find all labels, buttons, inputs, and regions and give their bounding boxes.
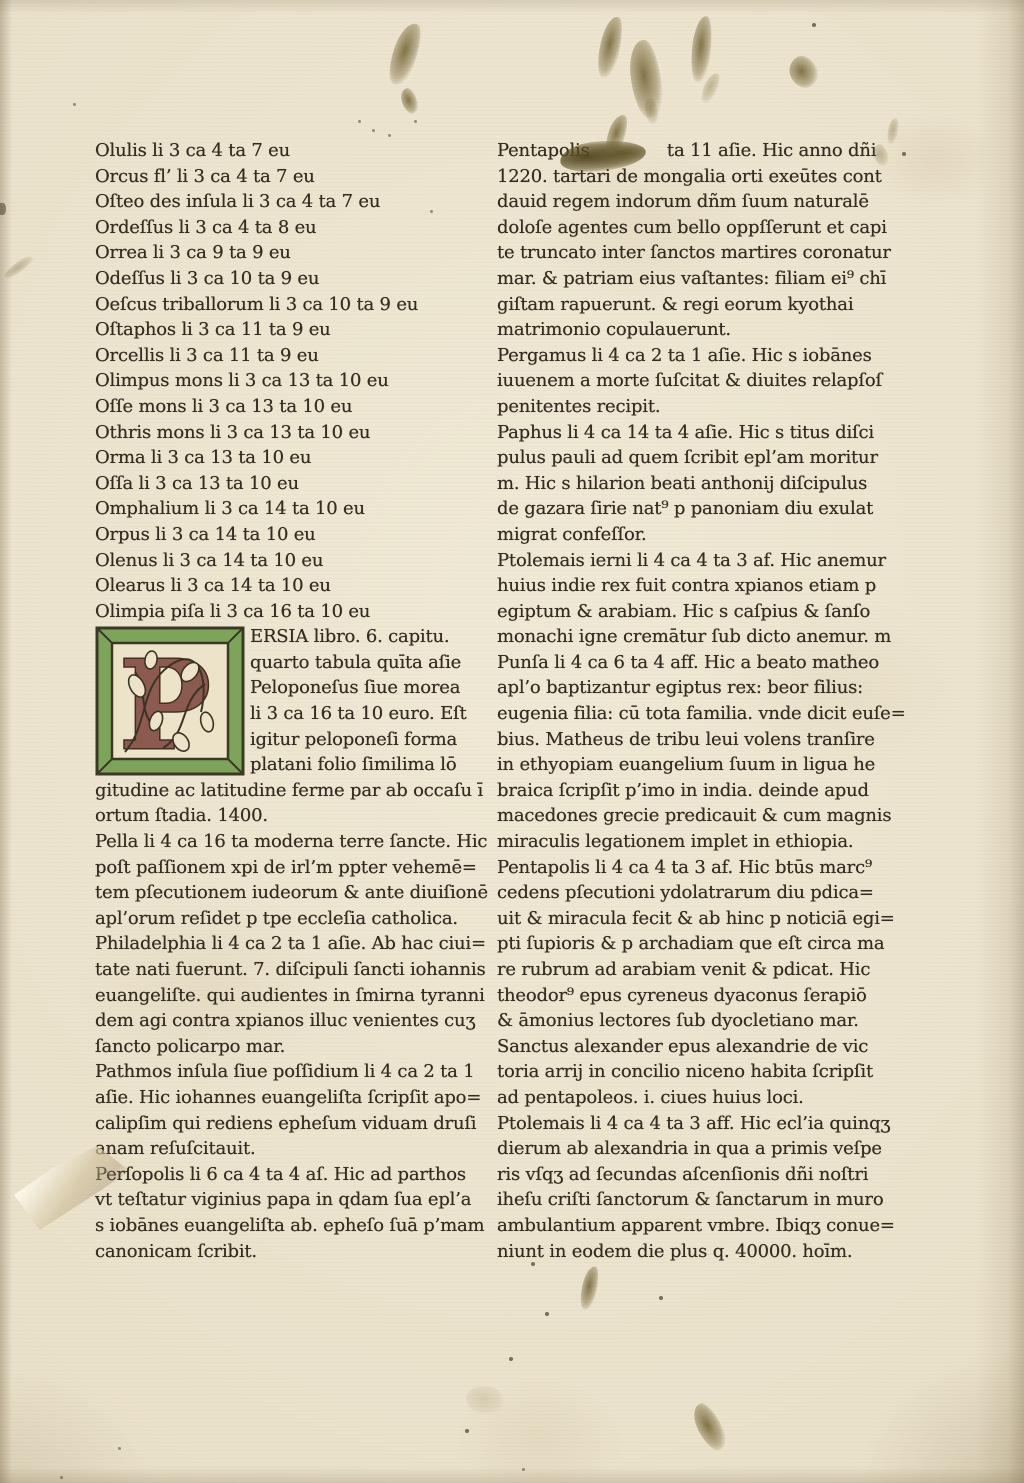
text-line: dierum ab alexandria in qua a primis veſ… <box>497 1136 925 1162</box>
text-line: 1220. tartari de mongalia orti exeūtes c… <box>497 164 925 190</box>
text-line: miraculis legationem implet in ethiopia. <box>497 829 925 855</box>
initial-letter: P <box>119 633 211 776</box>
text-line: monachi igne cremātur ſub dicto anemur. … <box>497 624 925 650</box>
text-line: Pathmos inſula ſiue poſſidium li 4 ca 2 … <box>95 1059 487 1085</box>
text-line: braica ſcripſit p’imo in india. deinde a… <box>497 778 925 804</box>
text-line: Orcellis li 3 ca 11 ta 9 eu <box>95 343 487 369</box>
text-line: Oſſa li 3 ca 13 ta 10 eu <box>95 471 487 497</box>
ink-speck <box>73 103 76 106</box>
text-line: Paphus li 4 ca 14 ta 4 aſie. Hic s titus… <box>497 420 925 446</box>
text-line: huius indie rex fuit contra xpianos etia… <box>497 573 925 599</box>
text-line: ortum ſtadia. 1400. <box>95 803 487 829</box>
text-line: Ptolemais li 4 ca 4 ta 3 aff. Hic ecl’ia… <box>497 1111 925 1137</box>
text-line: apl’orum reſidet p tpe eccleſia catholic… <box>95 906 487 932</box>
text-line: Oſtaphos li 3 ca 11 ta 9 eu <box>95 317 487 343</box>
text-line: Othris mons li 3 ca 13 ta 10 eu <box>95 420 487 446</box>
ink-stain <box>578 1265 602 1311</box>
ink-stain <box>2 253 36 281</box>
text-line: li 3 ca 16 ta 10 euro. Eſt <box>250 701 467 727</box>
text-line: egiptum & arabiam. Hic s caſpius & ſanſo <box>497 599 925 625</box>
ink-speck <box>118 1447 121 1450</box>
text-line: Punſa li 4 ca 6 ta 4 aff. Hic a beato ma… <box>497 650 925 676</box>
text-line: mar. & patriam eius vaſtantes: filiam ei… <box>497 266 925 292</box>
text-line: Olimpus mons li 3 ca 13 ta 10 eu <box>95 368 487 394</box>
ink-speck <box>60 1476 63 1479</box>
ink-speck <box>522 1468 525 1471</box>
ink-speck <box>358 120 361 123</box>
text-line: & āmonius lectores ſub dyocletiano mar. <box>497 1008 925 1034</box>
page-edge-nick <box>0 203 6 215</box>
text-line: ris vſqʒ ad ſecundas aſcenſionis dñi noſ… <box>497 1162 925 1188</box>
text-line: pulus pauli ad quem ſcribit epl’am morit… <box>497 445 925 471</box>
ink-stain <box>384 20 427 88</box>
ink-stain <box>464 1383 506 1416</box>
text-line: ad pentapoleos. i. ciues huius loci. <box>497 1085 925 1111</box>
text-line: matrimonio copulauerunt. <box>497 317 925 343</box>
text-line: Pentapolis li 4 ca 4 ta 3 af. Hic btūs m… <box>497 855 925 881</box>
left-body-text: gitudine ac latitudine ferme par ab occa… <box>95 778 487 1264</box>
ink-speck <box>388 134 391 137</box>
ink-speck <box>509 1357 513 1361</box>
text-line: Olenus li 3 ca 14 ta 10 eu <box>95 548 487 574</box>
ink-stain <box>398 86 421 116</box>
right-column: Pentapolis ta 11 aſie. Hic anno dñi1220.… <box>497 138 925 1264</box>
text-line: iheſu criſti ſanctorum & ſanctarum in mu… <box>497 1187 925 1213</box>
text-line: igitur peloponeſi forma <box>250 727 467 753</box>
text-line: anam reſuſcitauit. <box>95 1136 487 1162</box>
text-line: ambulantium apparent vmbre. Ibiqʒ conue= <box>497 1213 925 1239</box>
text-line: eugenia filia: cū tota familia. vnde dic… <box>497 701 925 727</box>
text-line: iuuenem a morte ſuſcitat & diuites relap… <box>497 368 925 394</box>
text-line: Peloponeſus ſiue morea <box>250 675 467 701</box>
text-line: Orpus li 3 ca 14 ta 10 eu <box>95 522 487 548</box>
ink-stain <box>642 97 660 125</box>
text-line: quarto tabula quīta aſie <box>250 650 467 676</box>
text-line: Perſopolis li 6 ca 4 ta 4 aſ. Hic ad par… <box>95 1162 487 1188</box>
text-line: ERSIA libro. 6. capitu. <box>250 624 467 650</box>
ink-stain <box>688 1400 732 1455</box>
text-line: penitentes recipit. <box>497 394 925 420</box>
text-line: Pella li 4 ca 16 ta moderna terre ſancte… <box>95 829 487 855</box>
text-line: euangeliſte. qui audientes in ſmirna tyr… <box>95 983 487 1009</box>
ink-stain <box>594 15 626 80</box>
text-line: Olulis li 3 ca 4 ta 7 eu <box>95 138 487 164</box>
ink-stain <box>698 71 723 106</box>
text-line: Pentapolis ta 11 aſie. Hic anno dñi <box>497 138 925 164</box>
place-index-list: Olulis li 3 ca 4 ta 7 euOrcus fl’ li 3 c… <box>95 138 487 624</box>
text-line: Oſteo des inſula li 3 ca 4 ta 7 eu <box>95 189 487 215</box>
text-line: calipſim qui rediens epheſum viduam druſ… <box>95 1111 487 1137</box>
text-line: Ptolemais ierni li 4 ca 4 ta 3 af. Hic a… <box>497 548 925 574</box>
text-line: dauid regem indorum dñm ſuum naturalē <box>497 189 925 215</box>
text-line: Ordeſſus li 3 ca 4 ta 8 eu <box>95 215 487 241</box>
text-line: macedones grecie predicauit & cum magnis <box>497 803 925 829</box>
text-line: pti ſupioris & p archadiam que eſt circa… <box>497 931 925 957</box>
text-line: tem pſecutionem iudeorum & ante diuiſion… <box>95 880 487 906</box>
book-page: Olulis li 3 ca 4 ta 7 euOrcus fl’ li 3 c… <box>0 0 1024 1483</box>
ink-speck <box>659 1296 663 1300</box>
text-line: dem agi contra xpianos illuc venientes c… <box>95 1008 487 1034</box>
text-line: Orcus fl’ li 3 ca 4 ta 7 eu <box>95 164 487 190</box>
initial-paragraph-beside: ERSIA libro. 6. capitu.quarto tabula quī… <box>250 624 467 778</box>
text-line: Oſſe mons li 3 ca 13 ta 10 eu <box>95 394 487 420</box>
text-line: tate nati fuerunt. 7. diſcipuli ſancti i… <box>95 957 487 983</box>
text-line: Sanctus alexander epus alexandrie de vic <box>497 1034 925 1060</box>
text-line: theodor⁹ epus cyreneus dyaconus ſerapiō <box>497 983 925 1009</box>
text-line: re rubrum ad arabiam venit & pdicat. Hic <box>497 957 925 983</box>
text-line: vt teſtatur viginius papa in qdam ſua ep… <box>95 1187 487 1213</box>
text-line: in ethyopiam euangelium ſuum in ligua he <box>497 752 925 778</box>
illuminated-initial: P <box>95 626 245 776</box>
ink-speck <box>414 120 417 123</box>
text-line: Pergamus li 4 ca 2 ta 1 aſie. Hic s iobā… <box>497 343 925 369</box>
text-line: m. Hic s hilarion beati anthonij diſcipu… <box>497 471 925 497</box>
text-line: doloſe agentes cum bello oppſſerunt et c… <box>497 215 925 241</box>
text-line: Orma li 3 ca 13 ta 10 eu <box>95 445 487 471</box>
text-line: ſancto policarpo mar. <box>95 1034 487 1060</box>
persia-chapter-start: P ERSIA libro. 6. capitu.quarto tabula q… <box>95 624 487 778</box>
text-line: canonicam ſcribit. <box>95 1239 487 1265</box>
text-line: apl’o baptizantur egiptus rex: beor fili… <box>497 675 925 701</box>
text-line: bius. Matheus de tribu leui volens tranſ… <box>497 727 925 753</box>
text-line: Orrea li 3 ca 9 ta 9 eu <box>95 240 487 266</box>
text-line: Olimpia piſa li 3 ca 16 ta 10 eu <box>95 599 487 625</box>
ink-speck <box>465 1429 469 1433</box>
text-line: poſt paſſionem xpi de irl’m ppter vehemē… <box>95 855 487 881</box>
text-line: aſie. Hic iohannes euangeliſta ſcripſit … <box>95 1085 487 1111</box>
text-line: Philadelphia li 4 ca 2 ta 1 aſie. Ab hac… <box>95 931 487 957</box>
text-line: platani folio ſimilima lō <box>250 752 467 778</box>
ink-speck <box>812 23 816 27</box>
text-line: giſtam rapuerunt. & regi eorum kyothai <box>497 292 925 318</box>
left-column: Olulis li 3 ca 4 ta 7 euOrcus fl’ li 3 c… <box>95 138 487 1264</box>
text-line: Olearus li 3 ca 14 ta 10 eu <box>95 573 487 599</box>
ink-stain <box>689 15 715 83</box>
text-line: Odeſſus li 3 ca 10 ta 9 eu <box>95 266 487 292</box>
ink-speck <box>372 129 375 132</box>
right-body-text: Pentapolis ta 11 aſie. Hic anno dñi1220.… <box>497 138 925 1264</box>
text-line: migrat confeſſor. <box>497 522 925 548</box>
text-line: toria arrij in concilio niceno habita ſc… <box>497 1059 925 1085</box>
text-line: Omphalium li 3 ca 14 ta 10 eu <box>95 496 487 522</box>
ink-stain <box>784 51 823 92</box>
text-line: te truncato inter ſanctos martires coron… <box>497 240 925 266</box>
text-line: gitudine ac latitudine ferme par ab occa… <box>95 778 487 804</box>
ink-speck <box>545 1312 549 1316</box>
text-line: uit & miracula fecit & ab hinc p noticiā… <box>497 906 925 932</box>
text-line: Oeſcus triballorum li 3 ca 10 ta 9 eu <box>95 292 487 318</box>
text-line: cedens pſecutioni ydolatrarum diu pdica= <box>497 880 925 906</box>
text-line: s iobānes euangeliſta ab. epheſo ſuā p’m… <box>95 1213 487 1239</box>
text-line: niunt in eodem die plus q. 40000. hoīm. <box>497 1239 925 1265</box>
text-line: de gazara ſirie nat⁹ p panoniam diu exul… <box>497 496 925 522</box>
ink-stain <box>626 38 667 119</box>
